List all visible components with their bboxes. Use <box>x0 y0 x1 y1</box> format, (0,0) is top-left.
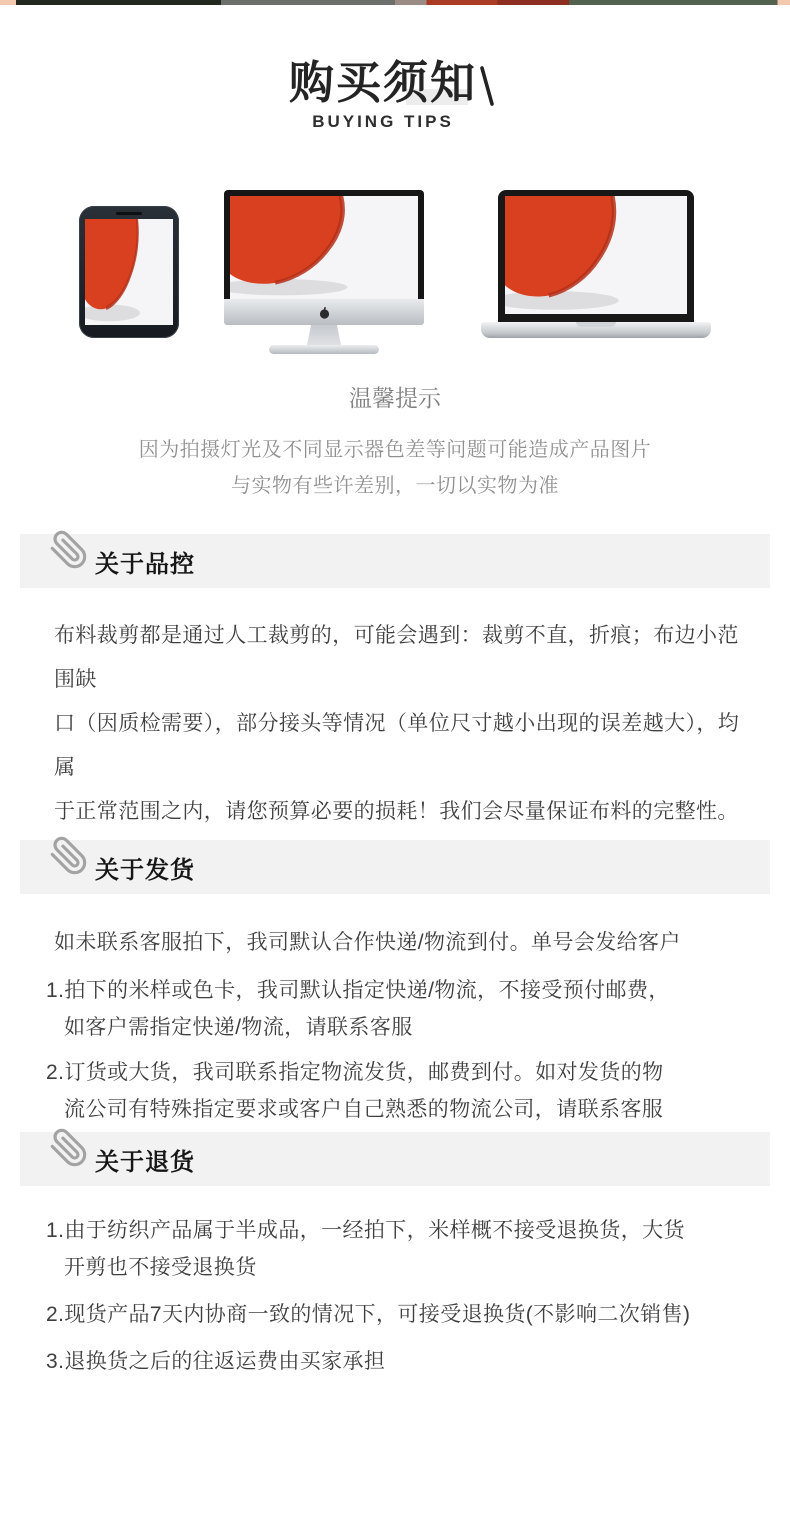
red-fabric-image <box>505 196 687 314</box>
returns-list: 1.由于纺织产品属于半成品，一经拍下，米样概不接受退换货，大货开剪也不接受退换货… <box>0 1212 790 1380</box>
warm-tips-title: 温馨提示 <box>0 384 790 412</box>
laptop-screen <box>505 196 687 314</box>
laptop-bezel <box>498 190 694 322</box>
returns-item-3: 3.退换货之后的往返运费由买家承担 <box>46 1343 744 1380</box>
shipping-item-2: 2.订货或大货，我司联系指定物流发货，邮费到付。如对发货的物流公司有特殊指定要求… <box>46 1054 744 1128</box>
desktop-chin <box>224 299 424 325</box>
paperclip-icon <box>48 1126 88 1170</box>
shipping-item-1: 1.拍下的米样或色卡，我司默认指定快递/物流，不接受预付邮费，如客户需指定快递/… <box>46 972 744 1046</box>
apple-logo-icon <box>319 306 330 319</box>
returns-item-2: 2.现货产品7天内协商一致的情况下，可接受退换货(不影响二次销售) <box>46 1296 744 1333</box>
desktop-mockup <box>224 190 424 354</box>
section-header-quality: 关于品控 <box>20 534 770 588</box>
shipping-list: 1.拍下的米样或色卡，我司默认指定快递/物流，不接受预付邮费，如客户需指定快递/… <box>0 972 790 1128</box>
returns-item-1: 1.由于纺织产品属于半成品，一经拍下，米样概不接受退换货，大货开剪也不接受退换货 <box>46 1212 744 1286</box>
phone-screen <box>85 219 173 325</box>
warm-tips-body: 因为拍摄灯光及不同显示器色差等问题可能造成产品图片与实物有些许差别，一切以实物为… <box>0 432 790 504</box>
section-header-shipping: 关于发货 <box>20 840 770 894</box>
section-title-returns: 关于退货 <box>95 1142 195 1177</box>
paperclip-icon <box>48 528 88 572</box>
device-mockups-row <box>0 190 790 354</box>
page-header: 购买须知 BUYING TIPS <box>0 0 790 132</box>
section-header-returns: 关于退货 <box>20 1132 770 1186</box>
phone-speaker <box>116 212 142 215</box>
laptop-mockup <box>481 190 711 338</box>
page-subtitle: BUYING TIPS <box>0 112 778 132</box>
paperclip-icon <box>48 834 88 878</box>
desktop-stand-neck <box>307 325 341 345</box>
red-fabric-image <box>85 219 173 325</box>
shipping-intro: 如未联系客服拍下，我司默认合作快递/物流到付。单号会发给客户 <box>54 928 740 958</box>
backslash-mark <box>480 66 494 106</box>
section-title-quality: 关于品控 <box>95 544 195 579</box>
section-title-shipping: 关于发货 <box>95 850 195 885</box>
desktop-bezel <box>224 190 424 299</box>
laptop-latch-notch <box>576 322 616 327</box>
desktop-stand-base <box>269 345 379 354</box>
buying-tips-page: 购买须知 BUYING TIPS <box>0 0 790 1532</box>
quality-paragraph: 布料裁剪都是通过人工裁剪的，可能会遇到：裁剪不直，折痕；布边小范围缺口（因质检需… <box>54 614 740 834</box>
red-fabric-image <box>230 196 418 299</box>
laptop-base <box>481 322 711 338</box>
page-title: 购买须知 <box>0 57 778 109</box>
desktop-screen <box>230 196 418 299</box>
phone-mockup <box>79 206 179 338</box>
